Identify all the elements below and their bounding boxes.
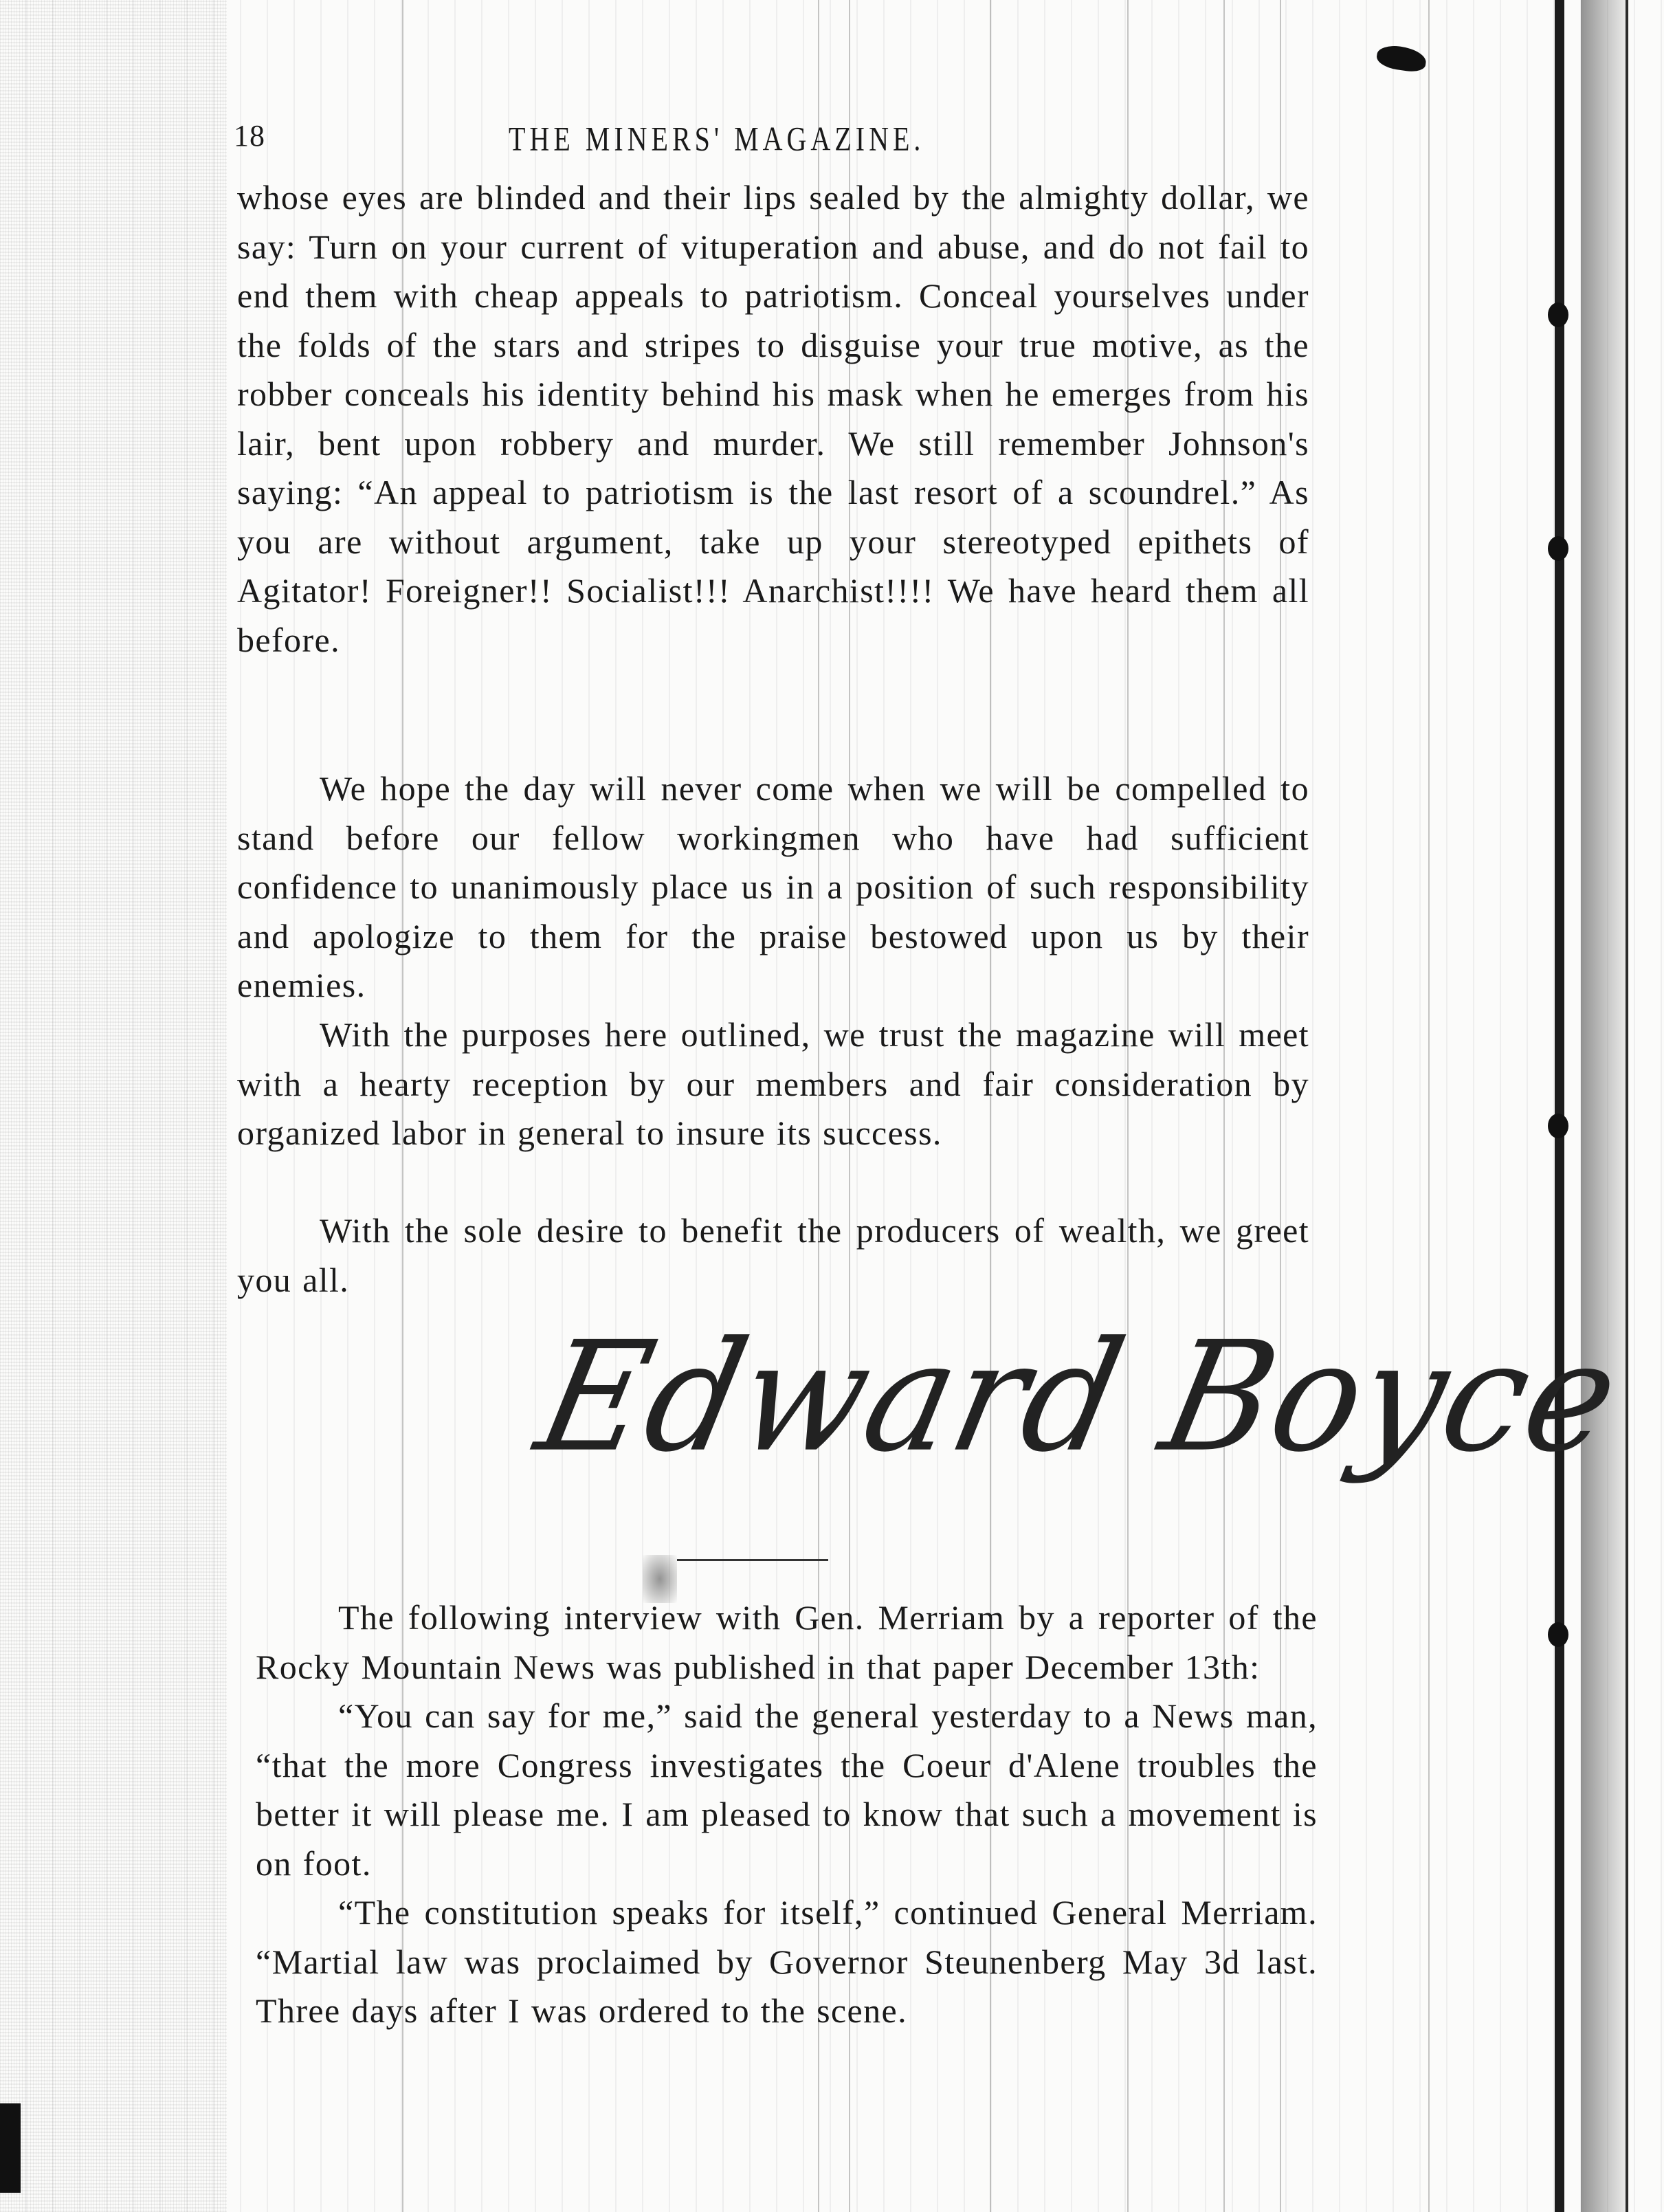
signature: Edward Boyce	[524, 1309, 1634, 1485]
scan-streak	[1428, 0, 1430, 2212]
paragraph: With the sole desire to benefit the prod…	[237, 1206, 1309, 1305]
scan-grain-margin	[0, 0, 227, 2212]
article-body: With the sole desire to benefit the prod…	[237, 1206, 1309, 1305]
interview-body: The following interview with Gen. Merria…	[256, 1593, 1318, 1888]
ink-blot	[1548, 1622, 1568, 1647]
article-body: whose eyes are blinded and their lips se…	[237, 173, 1309, 665]
ink-blot	[1548, 1114, 1568, 1138]
paragraph: The following interview with Gen. Merria…	[256, 1593, 1318, 1692]
interview-body: “The constitution speaks for itself,” co…	[256, 1888, 1318, 2036]
page-header: 18 THE MINERS' MAGAZINE.	[234, 118, 1333, 166]
page-number: 18	[234, 118, 265, 153]
scan-edge-mark	[0, 2103, 21, 2193]
signature-block: Edward Boyce	[522, 1292, 1361, 1540]
running-title: THE MINERS' MAGAZINE.	[509, 118, 924, 159]
binding-line	[1626, 0, 1628, 2212]
scanned-page: 18 THE MINERS' MAGAZINE. whose eyes are …	[0, 0, 1664, 2212]
binding-shadow	[1581, 0, 1629, 2212]
section-divider	[677, 1559, 828, 1561]
ink-blot	[1548, 302, 1568, 327]
binding-edge	[1555, 0, 1564, 2212]
ink-blot	[1548, 536, 1568, 561]
ink-blot	[1375, 43, 1428, 74]
paragraph: “You can say for me,” said the general y…	[256, 1692, 1318, 1888]
paragraph: whose eyes are blinded and their lips se…	[237, 173, 1309, 665]
article-body: We hope the day will never come when we …	[237, 764, 1309, 1010]
paragraph: With the purposes here outlined, we trus…	[237, 1010, 1309, 1158]
paragraph: We hope the day will never come when we …	[237, 764, 1309, 1010]
paragraph: “The constitution speaks for itself,” co…	[256, 1888, 1318, 2036]
article-body: With the purposes here outlined, we trus…	[237, 1010, 1309, 1158]
